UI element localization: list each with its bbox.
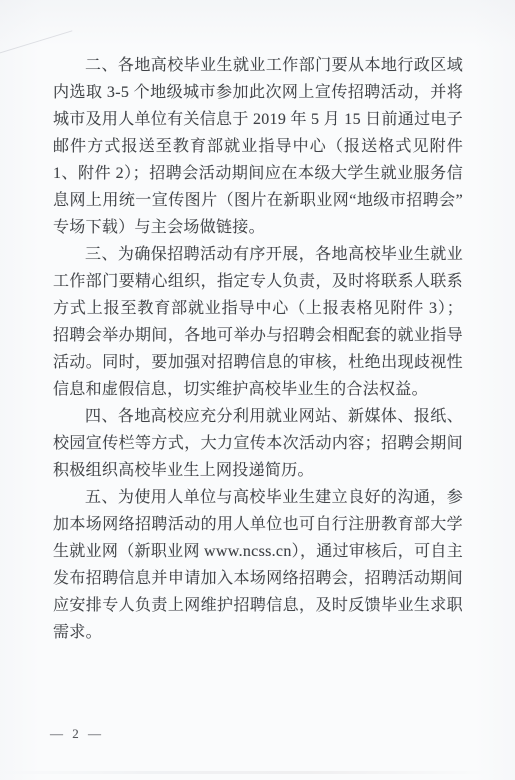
paragraph-item-4: 四、各地高校应充分利用就业网站、新媒体、报纸、校园宣传栏等方式，大力宣传本次活动…	[53, 403, 463, 484]
paragraph-item-2: 二、各地高校毕业生就业工作部门要从本地行政区域内选取 3-5 个地级城市参加此次…	[53, 52, 463, 241]
document-page: 二、各地高校毕业生就业工作部门要从本地行政区域内选取 3-5 个地级城市参加此次…	[0, 0, 515, 780]
document-body: 二、各地高校毕业生就业工作部门要从本地行政区域内选取 3-5 个地级城市参加此次…	[53, 52, 463, 646]
paragraph-item-5: 五、为使用人单位与高校毕业生建立良好的沟通，参加本场网络招聘活动的用人单位也可自…	[53, 484, 463, 646]
scan-artifact-bottom-streak	[0, 771, 515, 774]
page-number: — 2 —	[50, 726, 104, 742]
paragraph-item-3: 三、为确保招聘活动有序开展，各地高校毕业生就业工作部门要精心组织，指定专人负责，…	[53, 241, 463, 403]
